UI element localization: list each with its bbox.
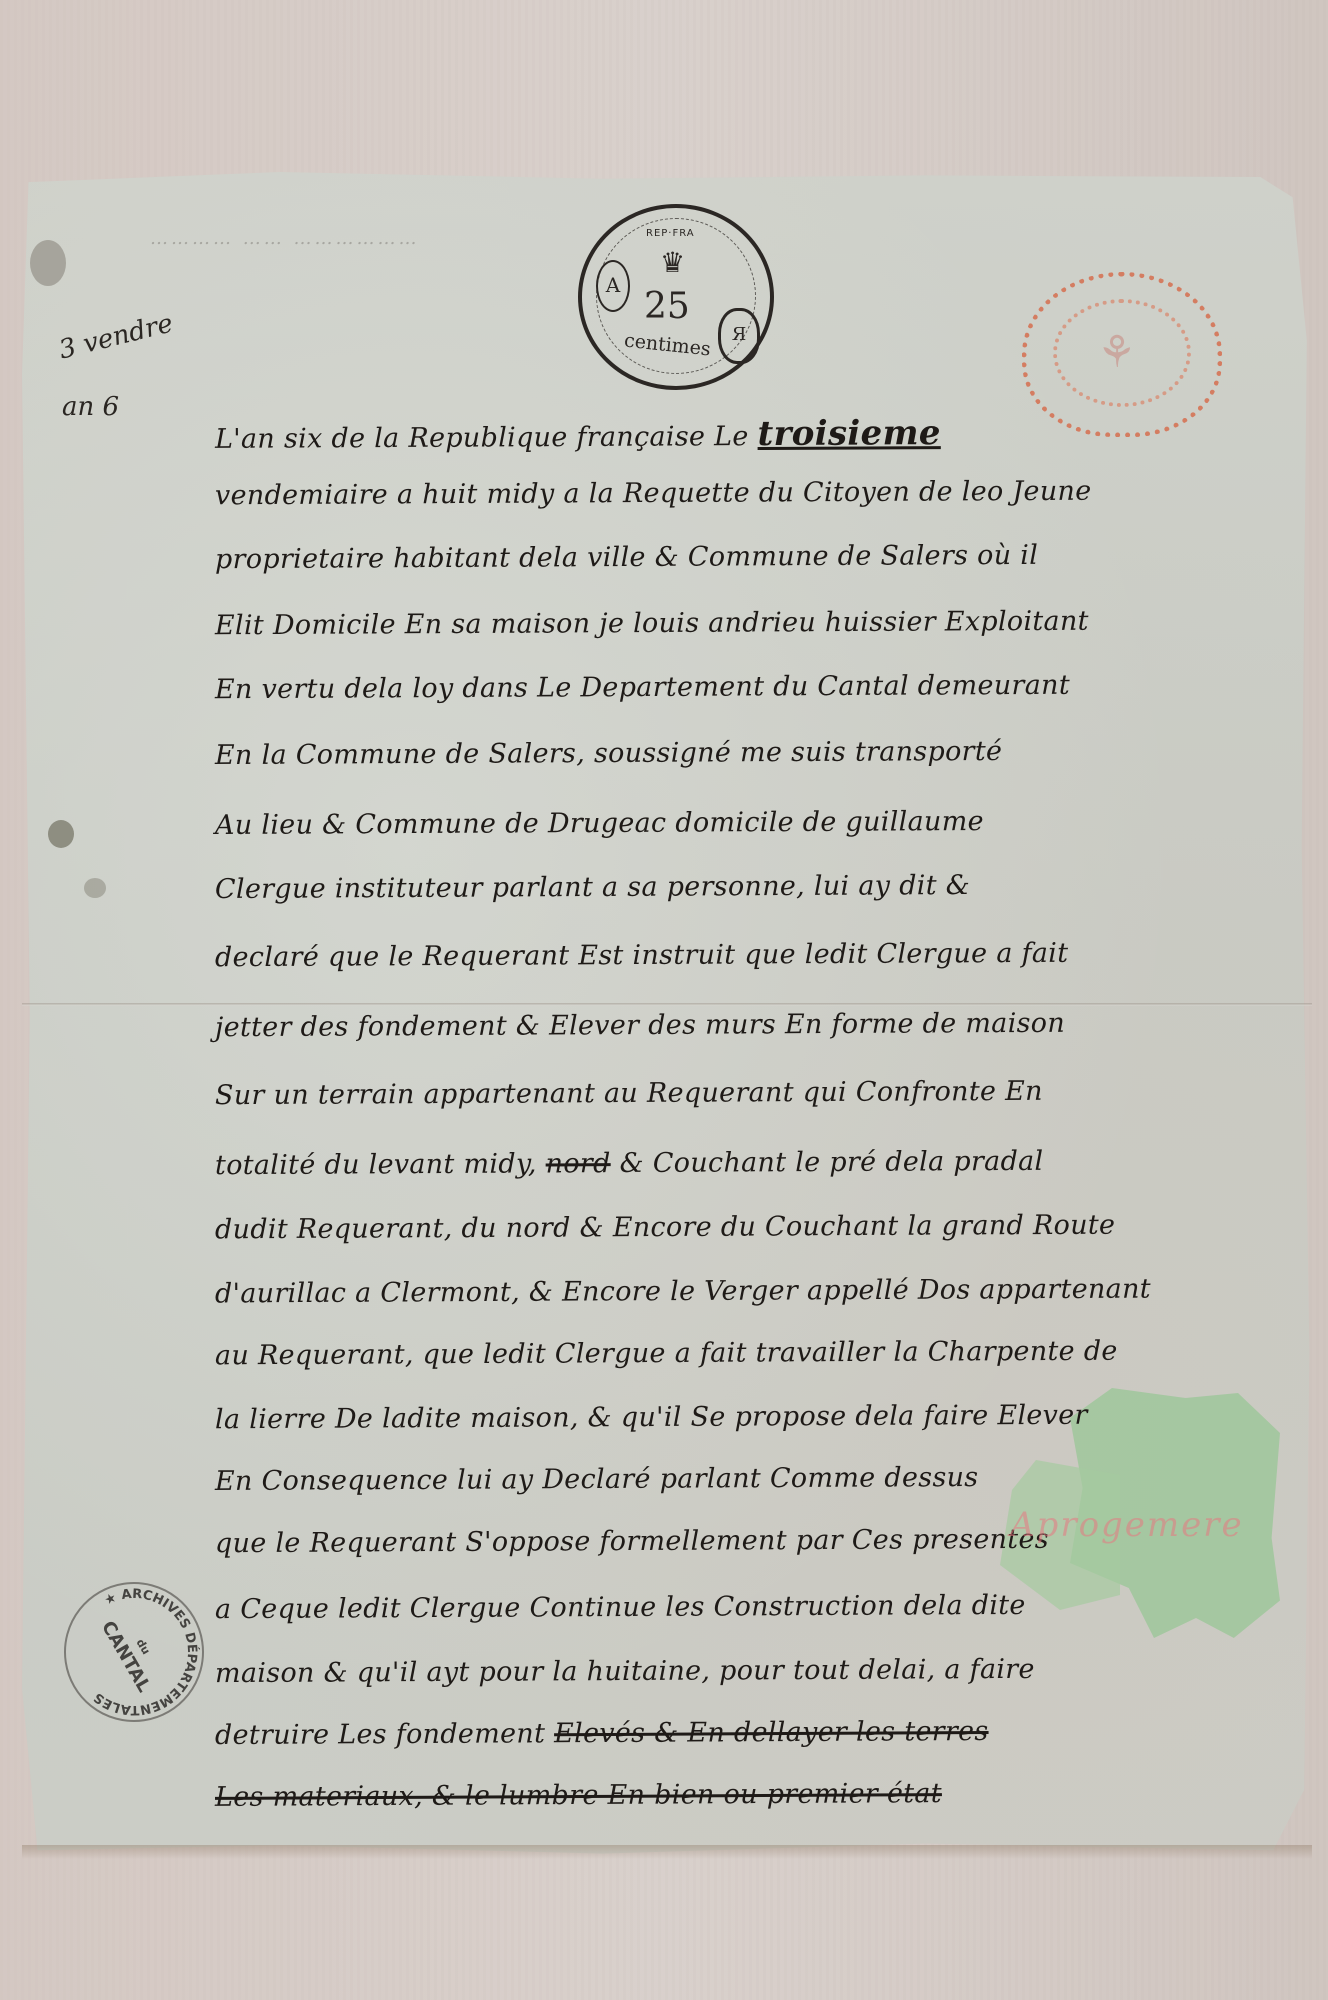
crown-emblem-icon: ♛	[660, 246, 685, 279]
line-text: totalité du levant midy,	[215, 1148, 537, 1181]
text-line-14: d'aurillac a Clermont, & Encore le Verge…	[215, 1274, 1151, 1310]
watermark-text: Aprogemere	[1010, 1505, 1244, 1545]
fiscal-stamp-header: REP·FRA	[646, 228, 695, 239]
text-line-6: En la Commune de Salers, soussigné me su…	[215, 736, 1002, 771]
margin-note-year: an 6	[62, 392, 119, 422]
ink-stain	[84, 878, 106, 898]
fold-crease	[22, 1003, 1312, 1006]
ink-stain	[48, 820, 74, 848]
line-text: detruire Les fondement	[215, 1718, 545, 1751]
struck-word: nord	[546, 1148, 611, 1179]
text-line-17: En Consequence lui ay Declaré parlant Co…	[215, 1462, 979, 1497]
text-line-8: Clergue instituteur parlant a sa personn…	[215, 870, 970, 905]
text-line-15: au Requerant, que ledit Clergue a fait t…	[215, 1336, 1118, 1372]
emphasis-word: troisieme	[757, 413, 940, 454]
red-seal-stamp: ⚘	[1022, 272, 1222, 437]
text-line-11: Sur un terrain appartenant au Requerant …	[215, 1076, 1043, 1111]
fiscal-stamp-left-letter: A	[596, 260, 630, 312]
text-line-2: vendemiaire a huit midy a la Requette du…	[215, 476, 1092, 512]
seal-figure-icon: ⚘	[1097, 327, 1136, 378]
text-line-12: totalité du levant midy, nord & Couchant…	[215, 1146, 1044, 1181]
text-line-21: detruire Les fondement Elevés & En della…	[215, 1716, 989, 1751]
text-line-13: dudit Requerant, du nord & Encore du Cou…	[215, 1210, 1115, 1246]
text-line-16: la lierre De ladite maison, & qu'il Se p…	[215, 1400, 1088, 1436]
text-line-1: L'an six de la Republique française Le t…	[215, 413, 941, 457]
struck-text: Les materiaux, & le lumbre En bien ou pr…	[215, 1778, 942, 1813]
text-line-19: a Ceque ledit Clergue Continue les Const…	[215, 1590, 1026, 1625]
text-line-9: declaré que le Requerant Est instruit qu…	[215, 938, 1069, 973]
fiscal-stamp-right-letter: Я	[718, 308, 760, 364]
text-line-5: En vertu dela loy dans Le Departement du…	[215, 670, 1070, 705]
fiscal-stamp: REP·FRA ♛ A Я 25 centimes	[578, 204, 774, 390]
fiscal-stamp-value: 25	[644, 286, 690, 327]
paper-bottom-edge	[22, 1845, 1312, 1859]
text-line-18: que le Requerant S'oppose formellement p…	[215, 1524, 1049, 1559]
text-line-20: maison & qu'il ayt pour la huitaine, pou…	[215, 1654, 1035, 1689]
ink-stain	[30, 240, 66, 286]
text-line-4: Elit Domicile En sa maison je louis andr…	[215, 606, 1089, 642]
struck-text: Elevés & En dellayer les terres	[554, 1716, 989, 1749]
text-line-10: jetter des fondement & Elever des murs E…	[215, 1008, 1065, 1043]
text-line-7: Au lieu & Commune de Drugeac domicile de…	[215, 806, 984, 841]
line-text: L'an six de la Republique française Le	[215, 421, 749, 455]
text-line-22: Les materiaux, & le lumbre En bien ou pr…	[215, 1778, 942, 1813]
text-line-3: proprietaire habitant dela ville & Commu…	[215, 540, 1038, 575]
line-text: & Couchant le pré dela pradal	[619, 1146, 1043, 1179]
